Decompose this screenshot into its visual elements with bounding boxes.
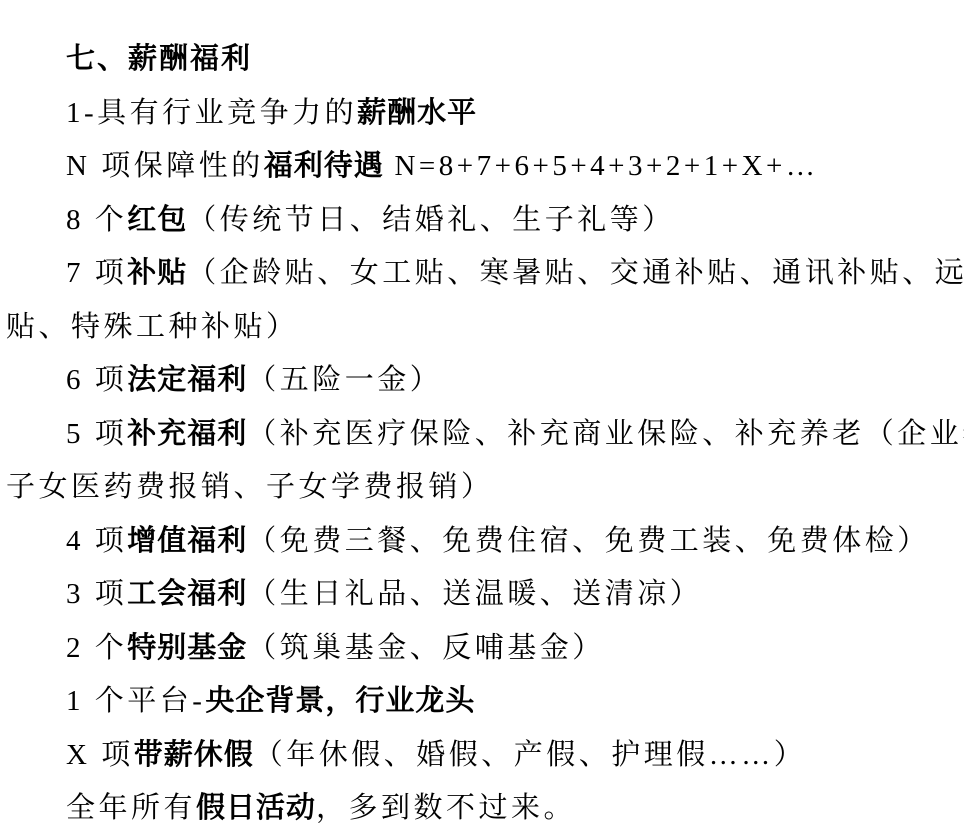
bold-text-segment: 工会福利	[127, 578, 247, 610]
text-segment: 8 个	[66, 204, 127, 236]
bold-text-segment: 红包	[127, 204, 187, 236]
bold-text-segment: 补贴	[127, 257, 187, 289]
document-body: 七、薪酬福利1-具有行业竞争力的薪酬水平N 项保障性的福利待遇 N=8+7+6+…	[0, 0, 964, 835]
bold-text-segment: 假日活动	[196, 792, 316, 824]
bold-text-segment: 法定福利	[127, 364, 247, 396]
text-segment: 子女医药费报销、子女学费报销）	[6, 471, 494, 503]
line-holiday-activities: 全年所有假日活动，多到数不过来。	[0, 782, 964, 835]
line-welfare-formula: N 项保障性的福利待遇 N=8+7+6+5+4+3+2+1+X+…	[0, 140, 964, 194]
line-special-funds: 2 个特别基金（筑巢基金、反哺基金）	[0, 622, 964, 676]
text-segment: 贴、特殊工种补贴）	[6, 311, 299, 343]
text-segment: N=8+7+6+5+4+3+2+1+X+…	[384, 150, 819, 182]
line-subsidies-part1: 7 项补贴（企龄贴、女工贴、寒暑贴、交通补贴、通讯补贴、远征补	[0, 247, 964, 301]
text-segment: 1-具有行业竞争力的	[66, 97, 357, 129]
document-page: 七、薪酬福利1-具有行业竞争力的薪酬水平N 项保障性的福利待遇 N=8+7+6+…	[0, 0, 964, 835]
text-segment: 6 项	[66, 364, 127, 396]
section-heading: 七、薪酬福利	[0, 33, 964, 87]
bold-text-segment: 补充福利	[127, 418, 247, 450]
line-supplementary-welfare-part2: 子女医药费报销、子女学费报销）	[0, 461, 964, 515]
text-segment: （生日礼品、送温暖、送清凉）	[247, 578, 702, 610]
line-supplementary-welfare-part1: 5 项补充福利（补充医疗保险、补充商业保险、补充养老（企业年金）、	[0, 408, 964, 462]
text-segment: N 项保障性的	[66, 150, 264, 182]
text-segment: ，多到数不过来。	[316, 792, 576, 824]
text-segment: （企龄贴、女工贴、寒暑贴、交通补贴、通讯补贴、远征补	[187, 257, 964, 289]
line-platform: 1 个平台-央企背景，行业龙头	[0, 675, 964, 729]
text-segment: （补充医疗保险、补充商业保险、补充养老（企业年金）、	[247, 418, 964, 450]
text-segment: X 项	[66, 739, 134, 771]
bold-text-segment: 增值福利	[127, 525, 247, 557]
text-segment: （筑巢基金、反哺基金）	[247, 632, 605, 664]
text-segment: 3 项	[66, 578, 127, 610]
line-value-added-welfare: 4 项增值福利（免费三餐、免费住宿、免费工装、免费体检）	[0, 515, 964, 569]
bold-text-segment: 特别基金	[127, 632, 247, 664]
text-segment: 2 个	[66, 632, 127, 664]
bold-text-segment: 央企背景，行业龙头	[205, 685, 475, 717]
text-segment: 全年所有	[66, 792, 196, 824]
line-red-packets: 8 个红包（传统节日、结婚礼、生子礼等）	[0, 194, 964, 248]
text-segment: （五险一金）	[247, 364, 442, 396]
text-segment: 5 项	[66, 418, 127, 450]
line-salary-level: 1-具有行业竞争力的薪酬水平	[0, 87, 964, 141]
text-segment: （免费三餐、免费住宿、免费工装、免费体检）	[247, 525, 930, 557]
line-statutory-welfare: 6 项法定福利（五险一金）	[0, 354, 964, 408]
line-union-welfare: 3 项工会福利（生日礼品、送温暖、送清凉）	[0, 568, 964, 622]
text-segment: 7 项	[66, 257, 127, 289]
bold-text-segment: 七、薪酬福利	[66, 43, 252, 75]
bold-text-segment: 福利待遇	[264, 150, 384, 182]
bold-text-segment: 薪酬水平	[357, 97, 477, 129]
bold-text-segment: 带薪休假	[134, 739, 254, 771]
text-segment: （传统节日、结婚礼、生子礼等）	[187, 204, 675, 236]
text-segment: 1 个平台-	[66, 685, 205, 717]
line-subsidies-part2: 贴、特殊工种补贴）	[0, 301, 964, 355]
text-segment: 4 项	[66, 525, 127, 557]
line-paid-leave: X 项带薪休假（年休假、婚假、产假、护理假……）	[0, 729, 964, 783]
text-segment: （年休假、婚假、产假、护理假……）	[254, 739, 807, 771]
